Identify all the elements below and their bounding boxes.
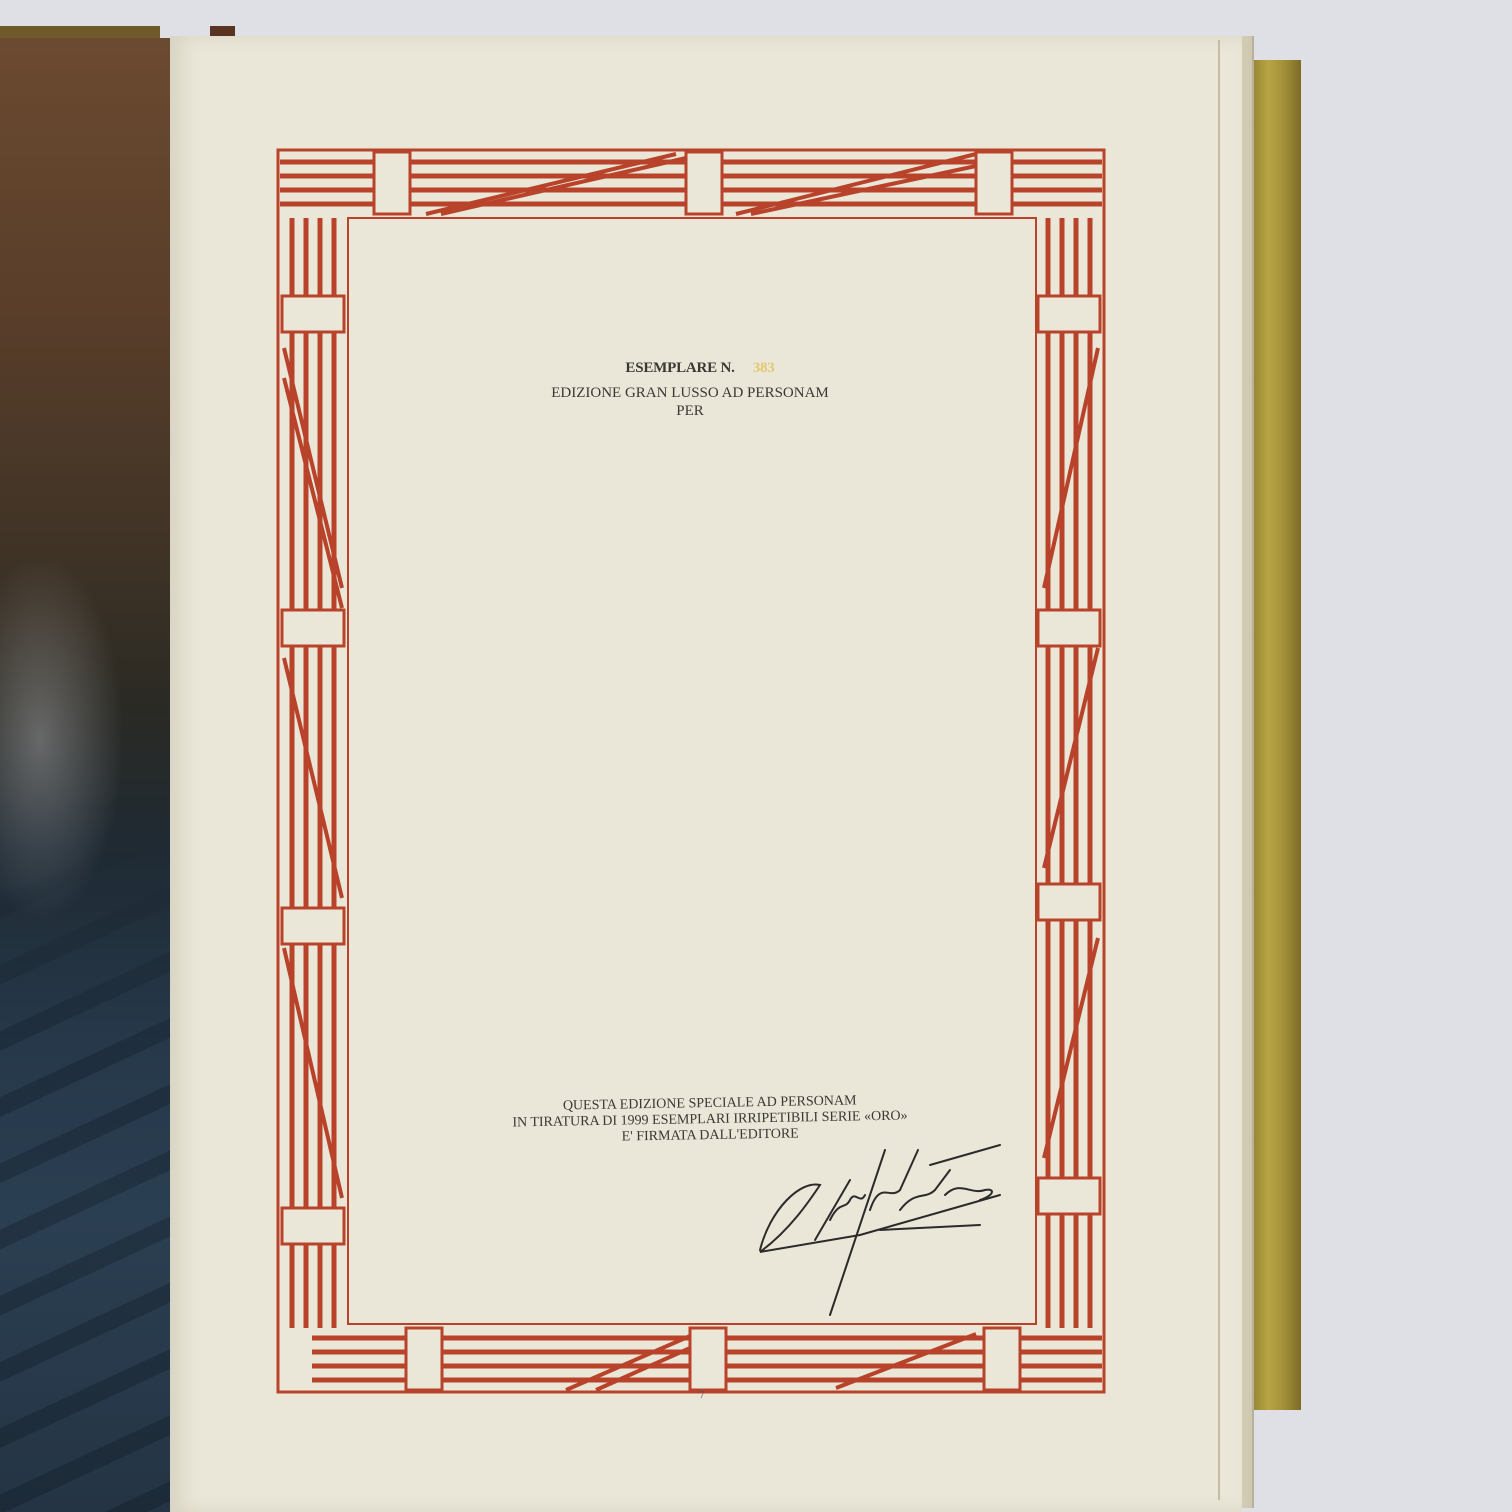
copy-label: ESEMPLARE N. <box>625 360 734 377</box>
per-line: PER <box>480 403 900 420</box>
edition-line: EDIZIONE GRAN LUSSO AD PERSONAM <box>480 385 900 402</box>
editor-signature <box>750 1140 1010 1320</box>
copy-number: 383 <box>753 360 775 377</box>
book-cover-corner <box>210 26 235 36</box>
copy-number-row: ESEMPLARE N.383 <box>520 360 880 377</box>
page-fold-line <box>1218 40 1220 1500</box>
page-number: 7 <box>696 1390 708 1401</box>
